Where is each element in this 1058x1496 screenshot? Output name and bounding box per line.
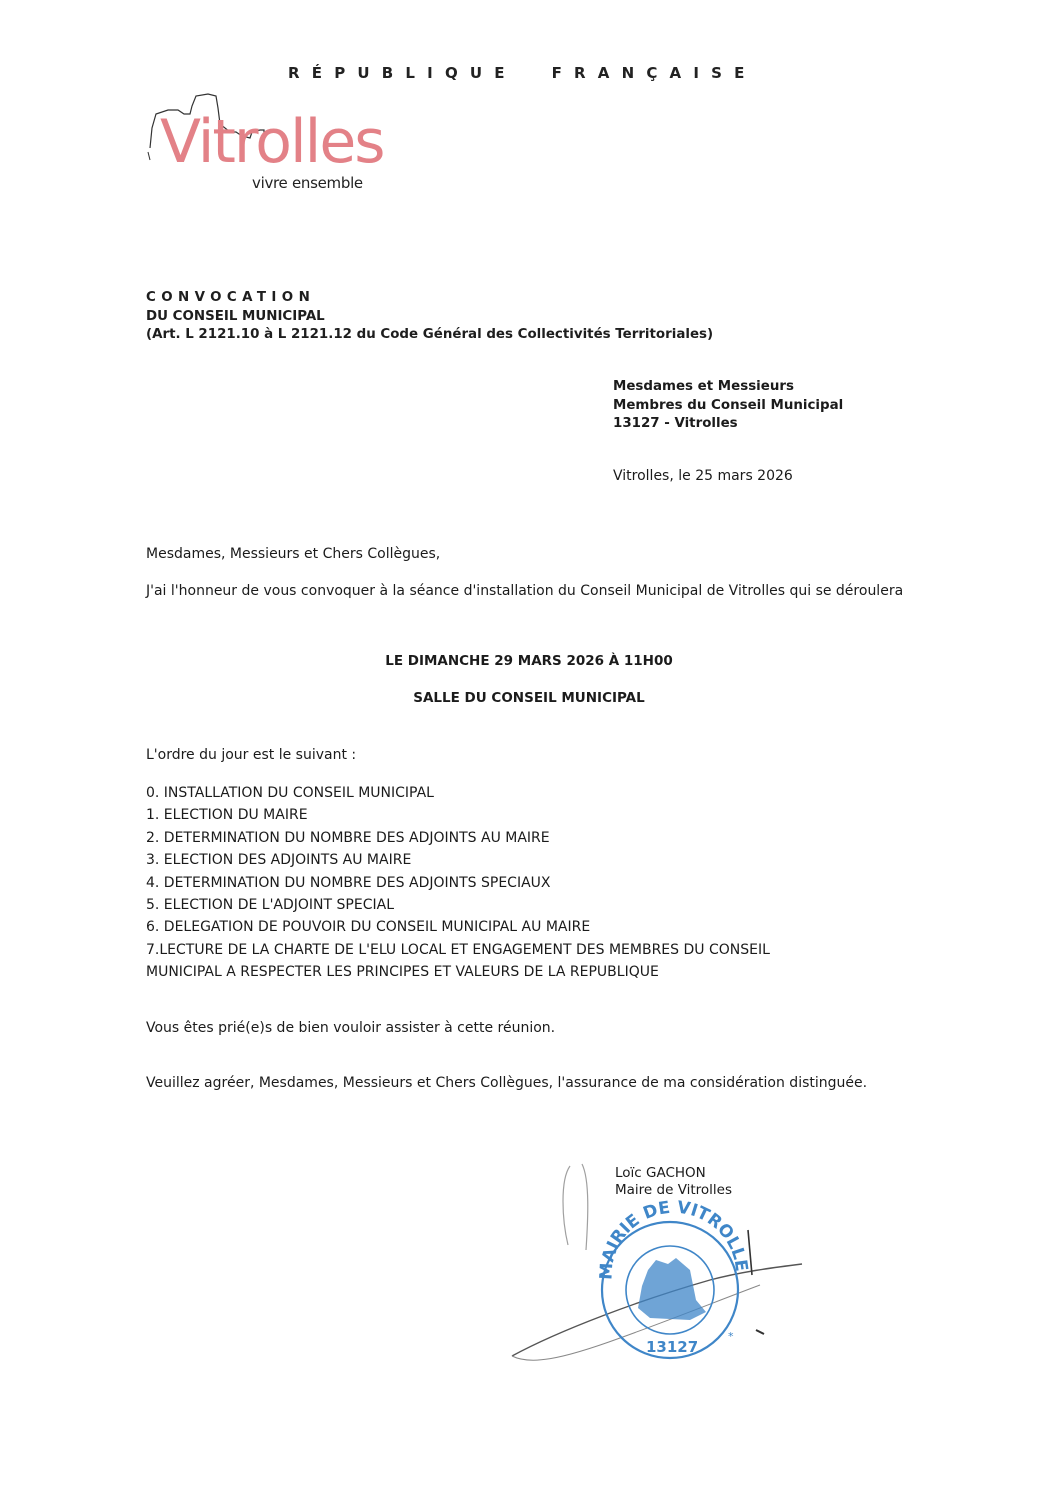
salutation: Mesdames, Messieurs et Chers Collègues, (146, 545, 440, 564)
agenda-item: 0. INSTALLATION DU CONSEIL MUNICIPAL (146, 782, 836, 804)
agenda-intro: L'ordre du jour est le suivant : (146, 746, 356, 765)
logo-tagline: vivre ensemble (252, 176, 363, 191)
svg-text:*: * (728, 1330, 734, 1343)
agenda-item: 3. ELECTION DES ADJOINTS AU MAIRE (146, 849, 836, 871)
title-legal-reference: (Art. L 2121.10 à L 2121.12 du Code Géné… (146, 326, 713, 345)
republique-francaise-header: RÉPUBLIQUE FRANÇAISE (288, 64, 757, 82)
agenda-item: 6. DELEGATION DE POUVOIR DU CONSEIL MUNI… (146, 916, 836, 938)
vitrolles-logo: Vitrolles vivre ensemble (140, 88, 430, 203)
signature-block: Loïc GACHON Maire de Vitrolles (615, 1165, 732, 1199)
agenda-item: 4. DETERMINATION DU NOMBRE DES ADJOINTS … (146, 872, 836, 894)
signatory-title: Maire de Vitrolles (615, 1182, 732, 1199)
signatory-name: Loïc GACHON (615, 1165, 732, 1182)
agenda-item: 1. ELECTION DU MAIRE (146, 804, 836, 826)
title-conseil-municipal: DU CONSEIL MUNICIPAL (146, 308, 713, 327)
date-line: Vitrolles, le 25 mars 2026 (613, 468, 793, 484)
closing-regards: Veuillez agréer, Mesdames, Messieurs et … (146, 1074, 867, 1093)
agenda-item: 5. ELECTION DE L'ADJOINT SPECIAL (146, 894, 836, 916)
svg-text:13127: 13127 (646, 1338, 698, 1356)
agenda-item: 7.LECTURE DE LA CHARTE DE L'ELU LOCAL ET… (146, 939, 836, 984)
meeting-location: SALLE DU CONSEIL MUNICIPAL (0, 690, 1058, 706)
agenda-item: 2. DETERMINATION DU NOMBRE DES ADJOINTS … (146, 827, 836, 849)
agenda-list: 0. INSTALLATION DU CONSEIL MUNICIPAL 1. … (146, 782, 836, 984)
recipient-line: 13127 - Vitrolles (613, 415, 843, 434)
recipient-line: Mesdames et Messieurs (613, 378, 843, 397)
document-title: CONVOCATION DU CONSEIL MUNICIPAL (Art. L… (146, 289, 713, 345)
logo-wordmark: Vitrolles (160, 112, 384, 172)
recipient-line: Membres du Conseil Municipal (613, 397, 843, 416)
title-convocation: CONVOCATION (146, 289, 713, 308)
meeting-datetime: LE DIMANCHE 29 MARS 2026 À 11H00 (0, 653, 1058, 669)
intro-paragraph: J'ai l'honneur de vous convoquer à la sé… (146, 581, 928, 601)
attendance-request: Vous êtes prié(e)s de bien vouloir assis… (146, 1019, 555, 1038)
recipient-block: Mesdames et Messieurs Membres du Conseil… (613, 378, 843, 434)
